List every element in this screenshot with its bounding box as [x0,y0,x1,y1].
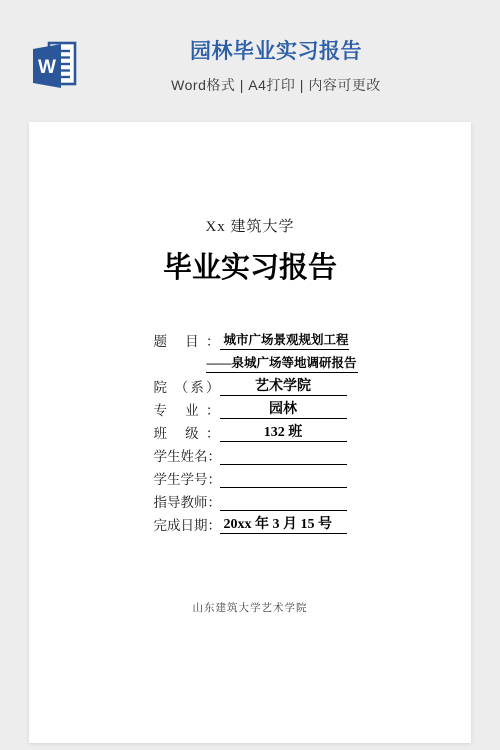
document-page: Xx 建筑大学 毕业实习报告 题 目： 城市广场景观规划工程 ——泉城广场等地调… [29,122,471,743]
cover-form: 题 目： 城市广场景观规划工程 ——泉城广场等地调研报告 院 （系） 艺术学院 … [154,333,347,534]
field-value-student-id [220,470,347,488]
field-label-department: 院 （系） [154,380,220,396]
word-icon-letter: W [38,57,56,78]
field-label-advisor: 指导教师： [154,495,220,511]
affiliation-footer: 山东建筑大学艺术学院 [29,602,471,616]
field-value-topic: 城市广场景观规划工程 [220,332,349,350]
field-value-department: 艺术学院 [220,378,347,396]
field-label-class: 班 级： [154,426,220,442]
preview-background: W 园林毕业实习报告 Word格式 | A4打印 | 内容可更改 Xx 建筑大学… [0,0,500,750]
word-icon-graphic: W [30,40,78,88]
field-value-class: 132 班 [220,424,347,442]
header: W 园林毕业实习报告 Word格式 | A4打印 | 内容可更改 [0,0,500,122]
template-title: 园林毕业实习报告 [52,39,500,65]
field-label-student-id: 学生学号： [154,472,220,488]
field-label-completion-date: 完成日期： [154,518,220,534]
field-row-class: 班 级： 132 班 [154,425,347,442]
field-label-topic: 题 目： [154,334,220,350]
word-file-icon: W [30,40,78,88]
field-row-student-name: 学生姓名： [154,448,347,465]
report-title: 毕业实习报告 [29,250,471,286]
field-row-student-id: 学生学号： [154,471,347,488]
field-row-topic: 题 目： 城市广场景观规划工程 [154,333,347,350]
field-value-topic-line2: ——泉城广场等地调研报告 [206,355,358,373]
field-row-completion-date: 完成日期： 20xx 年 3 月 15 号 [154,517,347,534]
field-value-student-name [220,447,347,465]
format-info: Word格式 | A4打印 | 内容可更改 [52,75,500,95]
field-row-major: 专 业： 园林 [154,402,347,419]
university-name: Xx 建筑大学 [29,122,471,236]
field-value-advisor [220,493,347,511]
field-label-student-name: 学生姓名： [154,449,220,465]
field-row-department: 院 （系） 艺术学院 [154,379,347,396]
field-label-major: 专 业： [154,403,220,419]
field-row-topic-line2: ——泉城广场等地调研报告 [206,356,347,373]
field-value-completion-date: 20xx 年 3 月 15 号 [220,516,347,534]
field-row-advisor: 指导教师： [154,494,347,511]
field-value-major: 园林 [220,401,347,419]
